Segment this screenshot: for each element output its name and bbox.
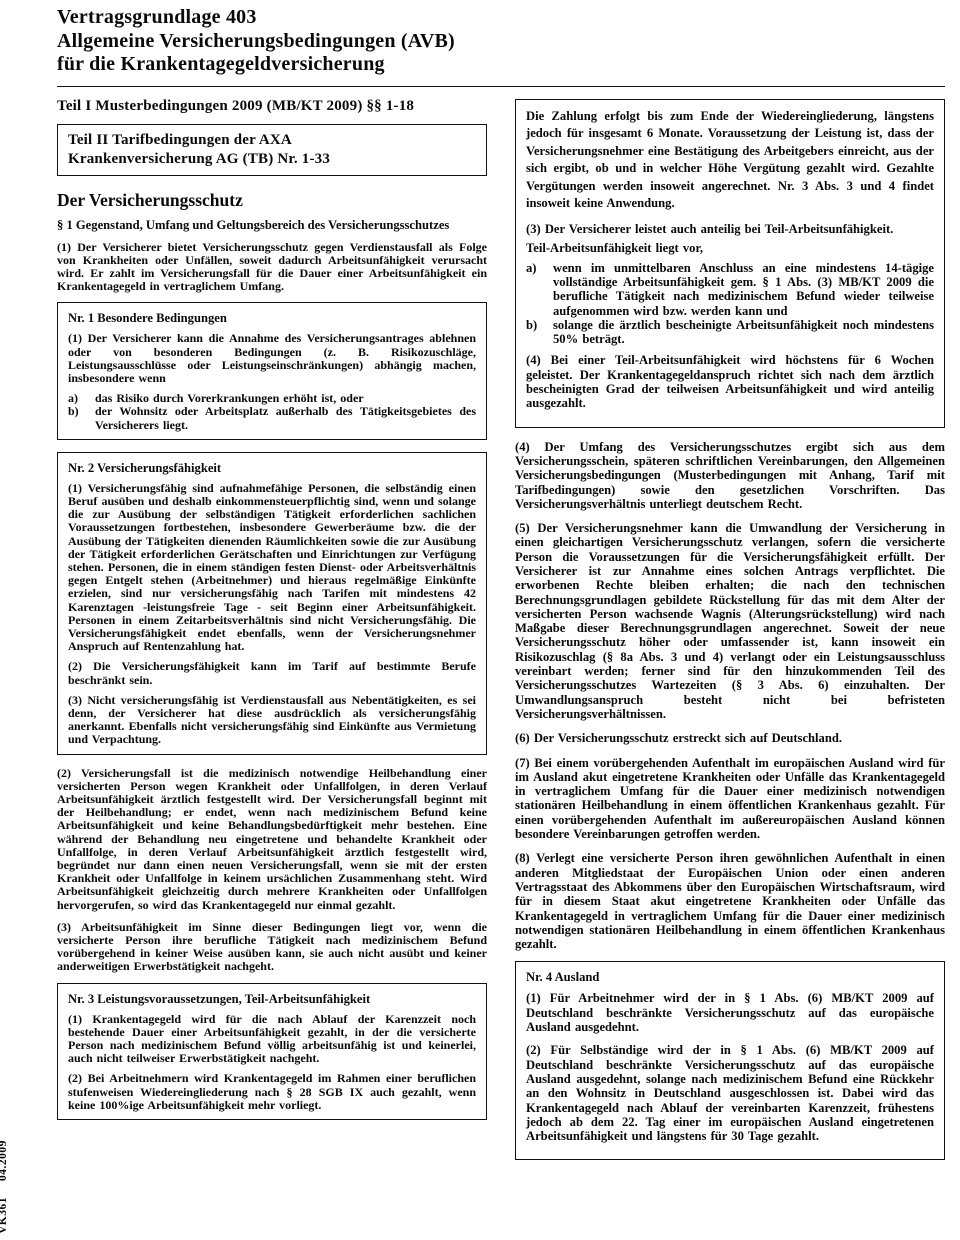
title-line-1: Vertragsgrundlage 403: [57, 6, 945, 30]
document-page: Vertragsgrundlage 403 Allgemeine Versich…: [0, 0, 960, 1172]
two-column-body: Teil I Musterbedingungen 2009 (MB/KT 200…: [57, 96, 945, 1173]
box-nr3-abs2-continuation: Die Zahlung erfolgt bis zum Ende der Wie…: [526, 108, 934, 214]
list-text-a: wenn im unmittelbaren Anschluss an eine …: [553, 261, 934, 318]
box-nr2-abs3: (3) Nicht versicherungsfähig ist Verdien…: [68, 694, 476, 747]
box-nr1-list: a) das Risiko durch Vorerkrankungen erhö…: [68, 392, 476, 432]
list-text-b: solange die ärztlich bescheinigte Arbeit…: [553, 318, 934, 347]
box-nr3-abs2: (2) Bei Arbeitnehmern wird Krankentagege…: [68, 1072, 476, 1112]
header-divider: [57, 86, 945, 87]
box-nr1-title: Nr. 1 Besondere Bedingungen: [68, 311, 476, 325]
box-nr4-abs2: (2) Für Selbständige wird der in § 1 Abs…: [526, 1043, 934, 1143]
box-nr2-versicherungsfaehigkeit: Nr. 2 Versicherungsfähigkeit (1) Versich…: [57, 452, 487, 755]
teil2-line-2: Krankenversicherung AG (TB) Nr. 1-33: [68, 150, 476, 169]
box-nr3-abs4: (4) Bei einer Teil-Arbeitsunfähigkeit wi…: [526, 353, 934, 410]
document-title: Vertragsgrundlage 403 Allgemeine Versich…: [57, 6, 945, 77]
teil2-box: Teil II Tarifbedingungen der AXA Kranken…: [57, 124, 487, 176]
teil1-heading: Teil I Musterbedingungen 2009 (MB/KT 200…: [57, 97, 487, 115]
box-nr4-ausland: Nr. 4 Ausland (1) Für Arbeitnehmer wird …: [515, 961, 945, 1160]
box-nr3-title: Nr. 3 Leistungsvoraussetzungen, Teil-Arb…: [68, 992, 476, 1006]
s1-abs3-text: (3) Arbeitsunfähigkeit im Sinne dieser B…: [57, 921, 487, 974]
s1-abs8-text: (8) Verlegt eine versicherte Person ihre…: [515, 851, 945, 951]
box-nr1-abs1: (1) Der Versicherer kann die Annahme des…: [68, 332, 476, 385]
s1-abs6-text: (6) Der Versicherungsschutz erstreckt si…: [515, 731, 945, 745]
box-nr2-abs2: (2) Die Versicherungsfähigkeit kann im T…: [68, 660, 476, 686]
form-date: 04.2009: [0, 1140, 9, 1181]
box-nr1-besondere-bedingungen: Nr. 1 Besondere Bedingungen (1) Der Vers…: [57, 302, 487, 439]
box-nr4-title: Nr. 4 Ausland: [526, 970, 934, 984]
form-code: VK361: [0, 1197, 9, 1234]
box-nr3-list: a) wenn im unmittelbaren Anschluss an ei…: [526, 261, 934, 347]
s1-abs4-text: (4) Der Umfang des Versicherungsschutzes…: [515, 440, 945, 511]
box-nr2-title: Nr. 2 Versicherungsfähigkeit: [68, 461, 476, 475]
box-nr3-abs3-intro: Teil-Arbeitsunfähigkeit liegt vor,: [526, 241, 934, 255]
title-line-3: für die Krankentagegeldversicherung: [57, 53, 945, 77]
list-item-b: b) der Wohnsitz oder Arbeitsplatz außerh…: [68, 405, 476, 431]
box-nr3-leistungsvoraussetzungen: Nr. 3 Leistungsvoraussetzungen, Teil-Arb…: [57, 983, 487, 1120]
list-item-b: b) solange die ärztlich bescheinigte Arb…: [526, 318, 934, 347]
teil2-line-1: Teil II Tarifbedingungen der AXA: [68, 131, 476, 150]
list-label-a: a): [526, 261, 553, 318]
left-column: Teil I Musterbedingungen 2009 (MB/KT 200…: [57, 96, 487, 1133]
s1-abs7-text: (7) Bei einem vorübergehenden Aufenthalt…: [515, 756, 945, 842]
right-column: Die Zahlung erfolgt bis zum Ende der Wie…: [515, 96, 945, 1173]
section-heading: Der Versicherungsschutz: [57, 190, 487, 210]
list-text-b: der Wohnsitz oder Arbeitsplatz außerhalb…: [95, 405, 476, 431]
form-code-vertical: VK36104.2009: [0, 1140, 9, 1234]
box-nr4-abs1: (1) Für Arbeitnehmer wird der in § 1 Abs…: [526, 991, 934, 1034]
box-nr2-abs1: (1) Versicherungsfähig sind aufnahmefähi…: [68, 482, 476, 654]
box-nr3-continuation: Die Zahlung erfolgt bis zum Ende der Wie…: [515, 99, 945, 428]
box-nr3-abs3: (3) Der Versicherer leistet auch anteili…: [526, 222, 934, 236]
title-line-2: Allgemeine Versicherungsbedingungen (AVB…: [57, 30, 945, 54]
list-label-b: b): [68, 405, 95, 431]
s1-abs5-text: (5) Der Versicherungsnehmer kann die Umw…: [515, 521, 945, 721]
paragraph-1-heading: § 1 Gegenstand, Umfang und Geltungsberei…: [57, 218, 487, 232]
box-nr3-abs1: (1) Krankentagegeld wird für die nach Ab…: [68, 1013, 476, 1066]
s1-abs2-text: (2) Versicherungsfall ist die medizinisc…: [57, 767, 487, 912]
list-label-b: b): [526, 318, 553, 347]
list-item-a: a) wenn im unmittelbaren Anschluss an ei…: [526, 261, 934, 318]
s1-abs1-text: (1) Der Versicherer bietet Versicherungs…: [57, 241, 487, 294]
